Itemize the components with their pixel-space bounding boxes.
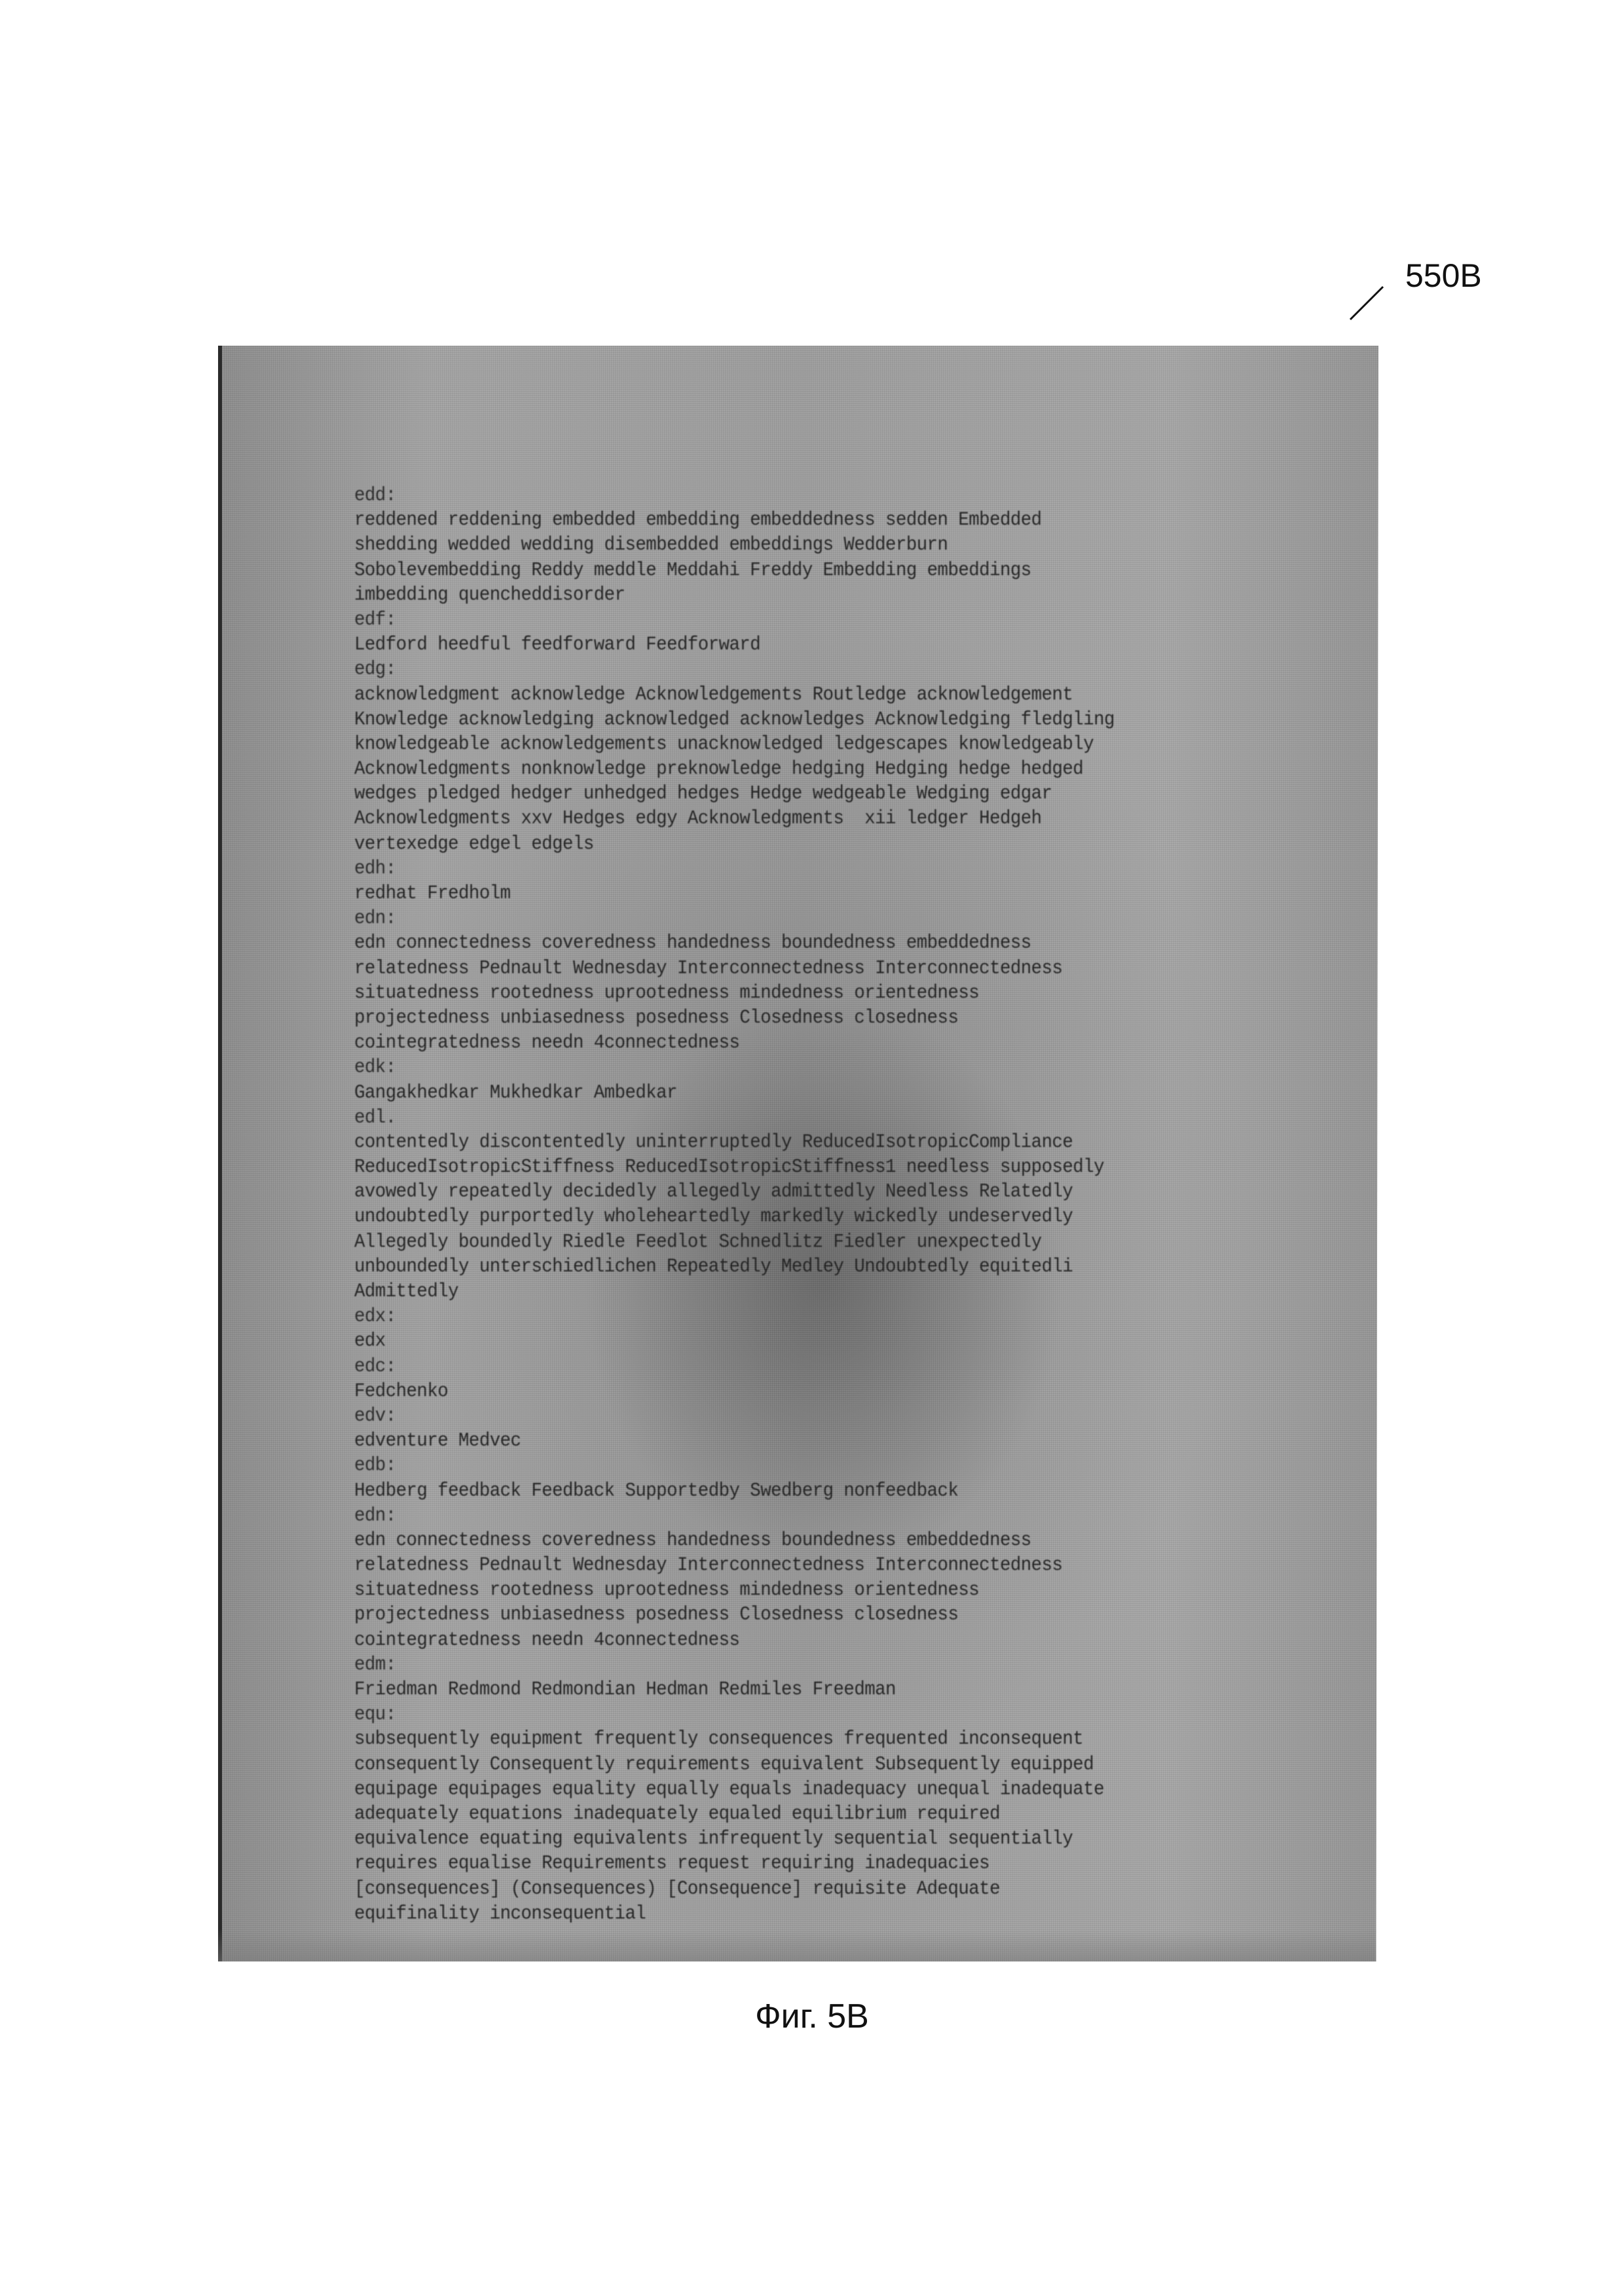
matched-words-line: reddened reddening embedded embedding em… (354, 508, 1310, 533)
matched-words-line: edn connectedness coveredness handedness… (354, 1528, 1310, 1553)
matched-words-line: wedges pledged hedger unhedged hedges He… (354, 782, 1310, 807)
matched-words-line: Admittedly (354, 1279, 1310, 1304)
figure-reference-label: 550B (1405, 257, 1482, 295)
matched-words-line: Fedchenko (354, 1379, 1310, 1404)
matched-words-line: redhat Fredholm (354, 881, 1310, 906)
trigram-key-line: edn: (354, 1503, 1310, 1528)
matched-words-line: ReducedIsotropicStiffness ReducedIsotrop… (354, 1155, 1310, 1180)
matched-words-line: Knowledge acknowledging acknowledged ack… (354, 707, 1310, 732)
matched-words-line: edventure Medvec (354, 1429, 1310, 1453)
matched-words-line: situatedness rootedness uprootedness min… (354, 1578, 1310, 1603)
matched-words-line: edn connectedness coveredness handedness… (354, 931, 1310, 956)
photographed-printout: edd:reddened reddening embedded embeddin… (218, 346, 1378, 1961)
matched-words-line: acknowledgment acknowledge Acknowledgeme… (354, 682, 1310, 707)
matched-words-line: relatedness Pednault Wednesday Interconn… (354, 956, 1310, 981)
matched-words-line: equipage equipages equality equally equa… (354, 1777, 1310, 1802)
matched-words-line: adequately equations inadequately equale… (354, 1802, 1310, 1827)
matched-words-line: Acknowledgments nonknowledge preknowledg… (354, 757, 1310, 782)
matched-words-line: edx (354, 1329, 1310, 1354)
trigram-key-line: edm: (354, 1652, 1310, 1677)
matched-words-line: Hedberg feedback Feedback Supportedby Sw… (354, 1478, 1310, 1503)
trigram-key-line: edf: (354, 608, 1310, 632)
matched-words-line: avowedly repeatedly decidedly allegedly … (354, 1180, 1310, 1205)
matched-words-line: consequently Consequently requirements e… (354, 1752, 1310, 1777)
trigram-key-line: edc: (354, 1354, 1310, 1379)
matched-words-line: Ledford heedful feedforward Feedforward (354, 632, 1310, 657)
trigram-key-line: edb: (354, 1453, 1310, 1478)
matched-words-line: Gangakhedkar Mukhedkar Ambedkar (354, 1080, 1310, 1105)
trigram-key-line: edl. (354, 1105, 1310, 1130)
trigram-key-line: edd: (354, 483, 1310, 508)
trigram-key-line: edx: (354, 1304, 1310, 1329)
matched-words-line: Allegedly boundedly Riedle Feedlot Schne… (354, 1230, 1310, 1254)
photo-edge-shadow (218, 1929, 1378, 1961)
matched-words-line: relatedness Pednault Wednesday Interconn… (354, 1553, 1310, 1578)
trigram-key-line: edh: (354, 856, 1310, 881)
matched-words-line: imbedding quencheddisorder (354, 583, 1310, 608)
matched-words-line: contentedly discontentedly uninterrupted… (354, 1130, 1310, 1155)
trigram-key-line: edg: (354, 657, 1310, 682)
matched-words-line: situatedness rootedness uprootedness min… (354, 981, 1310, 1006)
printed-word-list: edd:reddened reddening embedded embeddin… (354, 483, 1310, 1926)
matched-words-line: projectedness unbiasedness posedness Clo… (354, 1006, 1310, 1030)
matched-words-line: projectedness unbiasedness posedness Clo… (354, 1603, 1310, 1628)
trigram-key-line: edv: (354, 1404, 1310, 1429)
matched-words-line: Friedman Redmond Redmondian Hedman Redmi… (354, 1677, 1310, 1702)
matched-words-line: subsequently equipment frequently conseq… (354, 1727, 1310, 1752)
reference-leader-line-icon (1349, 275, 1395, 321)
matched-words-line: equivalence equating equivalents infrequ… (354, 1827, 1310, 1851)
trigram-key-line: equ: (354, 1702, 1310, 1727)
matched-words-line: Sobolevembedding Reddy meddle Meddahi Fr… (354, 558, 1310, 583)
matched-words-line: knowledgeable acknowledgements unacknowl… (354, 732, 1310, 757)
figure-caption: Фиг. 5B (0, 1997, 1624, 2036)
matched-words-line: vertexedge edgel edgels (354, 831, 1310, 856)
matched-words-line: requires equalise Requirements request r… (354, 1851, 1310, 1876)
matched-words-line: cointegratedness needn 4connectedness (354, 1030, 1310, 1055)
matched-words-line: cointegratedness needn 4connectedness (354, 1628, 1310, 1652)
matched-words-line: equifinality inconsequential (354, 1901, 1310, 1926)
matched-words-line: shedding wedded wedding disembedded embe… (354, 533, 1310, 558)
matched-words-line: unboundedly unterschiedlichen Repeatedly… (354, 1254, 1310, 1279)
matched-words-line: [consequences] (Consequences) [Consequen… (354, 1876, 1310, 1901)
matched-words-line: undoubtedly purportedly wholeheartedly m… (354, 1205, 1310, 1230)
matched-words-line: Acknowledgments xxv Hedges edgy Acknowle… (354, 807, 1310, 831)
trigram-key-line: edn: (354, 906, 1310, 931)
trigram-key-line: edk: (354, 1055, 1310, 1080)
